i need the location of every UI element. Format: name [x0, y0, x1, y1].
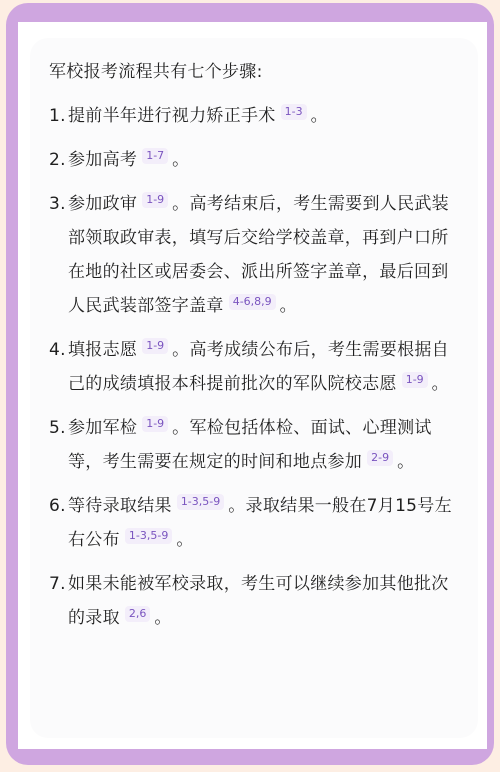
- step-number: 6.: [49, 489, 68, 557]
- step-item: 3. 参加政审1-9。高考结束后，考生需要到人民武装部领取政审表，填写后交给学校…: [49, 187, 464, 323]
- step-text: 填报志愿: [68, 340, 137, 360]
- step-body: 提前半年进行视力矫正手术1-3。: [68, 99, 464, 133]
- step-text: 。: [397, 452, 414, 472]
- step-item: 2. 参加高考1-7。: [49, 143, 464, 177]
- citation-badge[interactable]: 1-9: [402, 372, 428, 388]
- citation-badge[interactable]: 4-6,8,9: [229, 294, 276, 310]
- step-text: 等待录取结果: [68, 496, 172, 516]
- citation-badge[interactable]: 1-9: [142, 338, 168, 354]
- intro-text: 军校报考流程共有七个步骤:: [49, 55, 464, 89]
- step-body: 参加政审1-9。高考结束后，考生需要到人民武装部领取政审表，填写后交给学校盖章，…: [68, 187, 464, 323]
- step-text: 参加军检: [68, 418, 137, 438]
- step-text: 。: [172, 150, 189, 170]
- step-body: 参加高考1-7。: [68, 143, 464, 177]
- step-text: 参加高考: [68, 150, 137, 170]
- citation-badge[interactable]: 1-9: [142, 416, 168, 432]
- citation-badge[interactable]: 1-9: [142, 192, 168, 208]
- step-text: 。: [311, 106, 328, 126]
- citation-badge[interactable]: 1-3,5-9: [125, 528, 172, 544]
- step-body: 参加军检1-9。军检包括体检、面试、心理测试等，考生需要在规定的时间和地点参加2…: [68, 411, 464, 479]
- citation-badge[interactable]: 1-3: [281, 104, 307, 120]
- step-body: 填报志愿1-9。高考成绩公布后，考生需要根据自己的成绩填报本科提前批次的军队院校…: [68, 333, 464, 401]
- step-number: 2.: [49, 143, 68, 177]
- step-text: 参加政审: [68, 194, 137, 214]
- citation-badge[interactable]: 2-9: [367, 450, 393, 466]
- step-number: 3.: [49, 187, 68, 323]
- step-item: 7. 如果未能被军校录取，考生可以继续参加其他批次的录取2,6。: [49, 567, 464, 635]
- step-body: 等待录取结果1-3,5-9。录取结果一般在7月15号左右公布1-3,5-9。: [68, 489, 464, 557]
- step-number: 4.: [49, 333, 68, 401]
- citation-badge[interactable]: 2,6: [125, 606, 151, 622]
- step-number: 7.: [49, 567, 68, 635]
- steps-list: 1. 提前半年进行视力矫正手术1-3。 2. 参加高考1-7。 3. 参加政审1…: [49, 99, 464, 635]
- step-item: 6. 等待录取结果1-3,5-9。录取结果一般在7月15号左右公布1-3,5-9…: [49, 489, 464, 557]
- step-body: 如果未能被军校录取，考生可以继续参加其他批次的录取2,6。: [68, 567, 464, 635]
- citation-badge[interactable]: 1-3,5-9: [177, 494, 224, 510]
- step-item: 5. 参加军检1-9。军检包括体检、面试、心理测试等，考生需要在规定的时间和地点…: [49, 411, 464, 479]
- step-item: 1. 提前半年进行视力矫正手术1-3。: [49, 99, 464, 133]
- answer-content: 军校报考流程共有七个步骤: 1. 提前半年进行视力矫正手术1-3。 2. 参加高…: [49, 55, 464, 645]
- step-text: 。: [154, 608, 171, 628]
- step-text: 提前半年进行视力矫正手术: [68, 106, 276, 126]
- citation-badge[interactable]: 1-7: [142, 148, 168, 164]
- step-number: 5.: [49, 411, 68, 479]
- step-text: 。: [280, 296, 297, 316]
- step-item: 4. 填报志愿1-9。高考成绩公布后，考生需要根据自己的成绩填报本科提前批次的军…: [49, 333, 464, 401]
- step-number: 1.: [49, 99, 68, 133]
- step-text: 。: [432, 374, 449, 394]
- step-text: 。: [176, 530, 193, 550]
